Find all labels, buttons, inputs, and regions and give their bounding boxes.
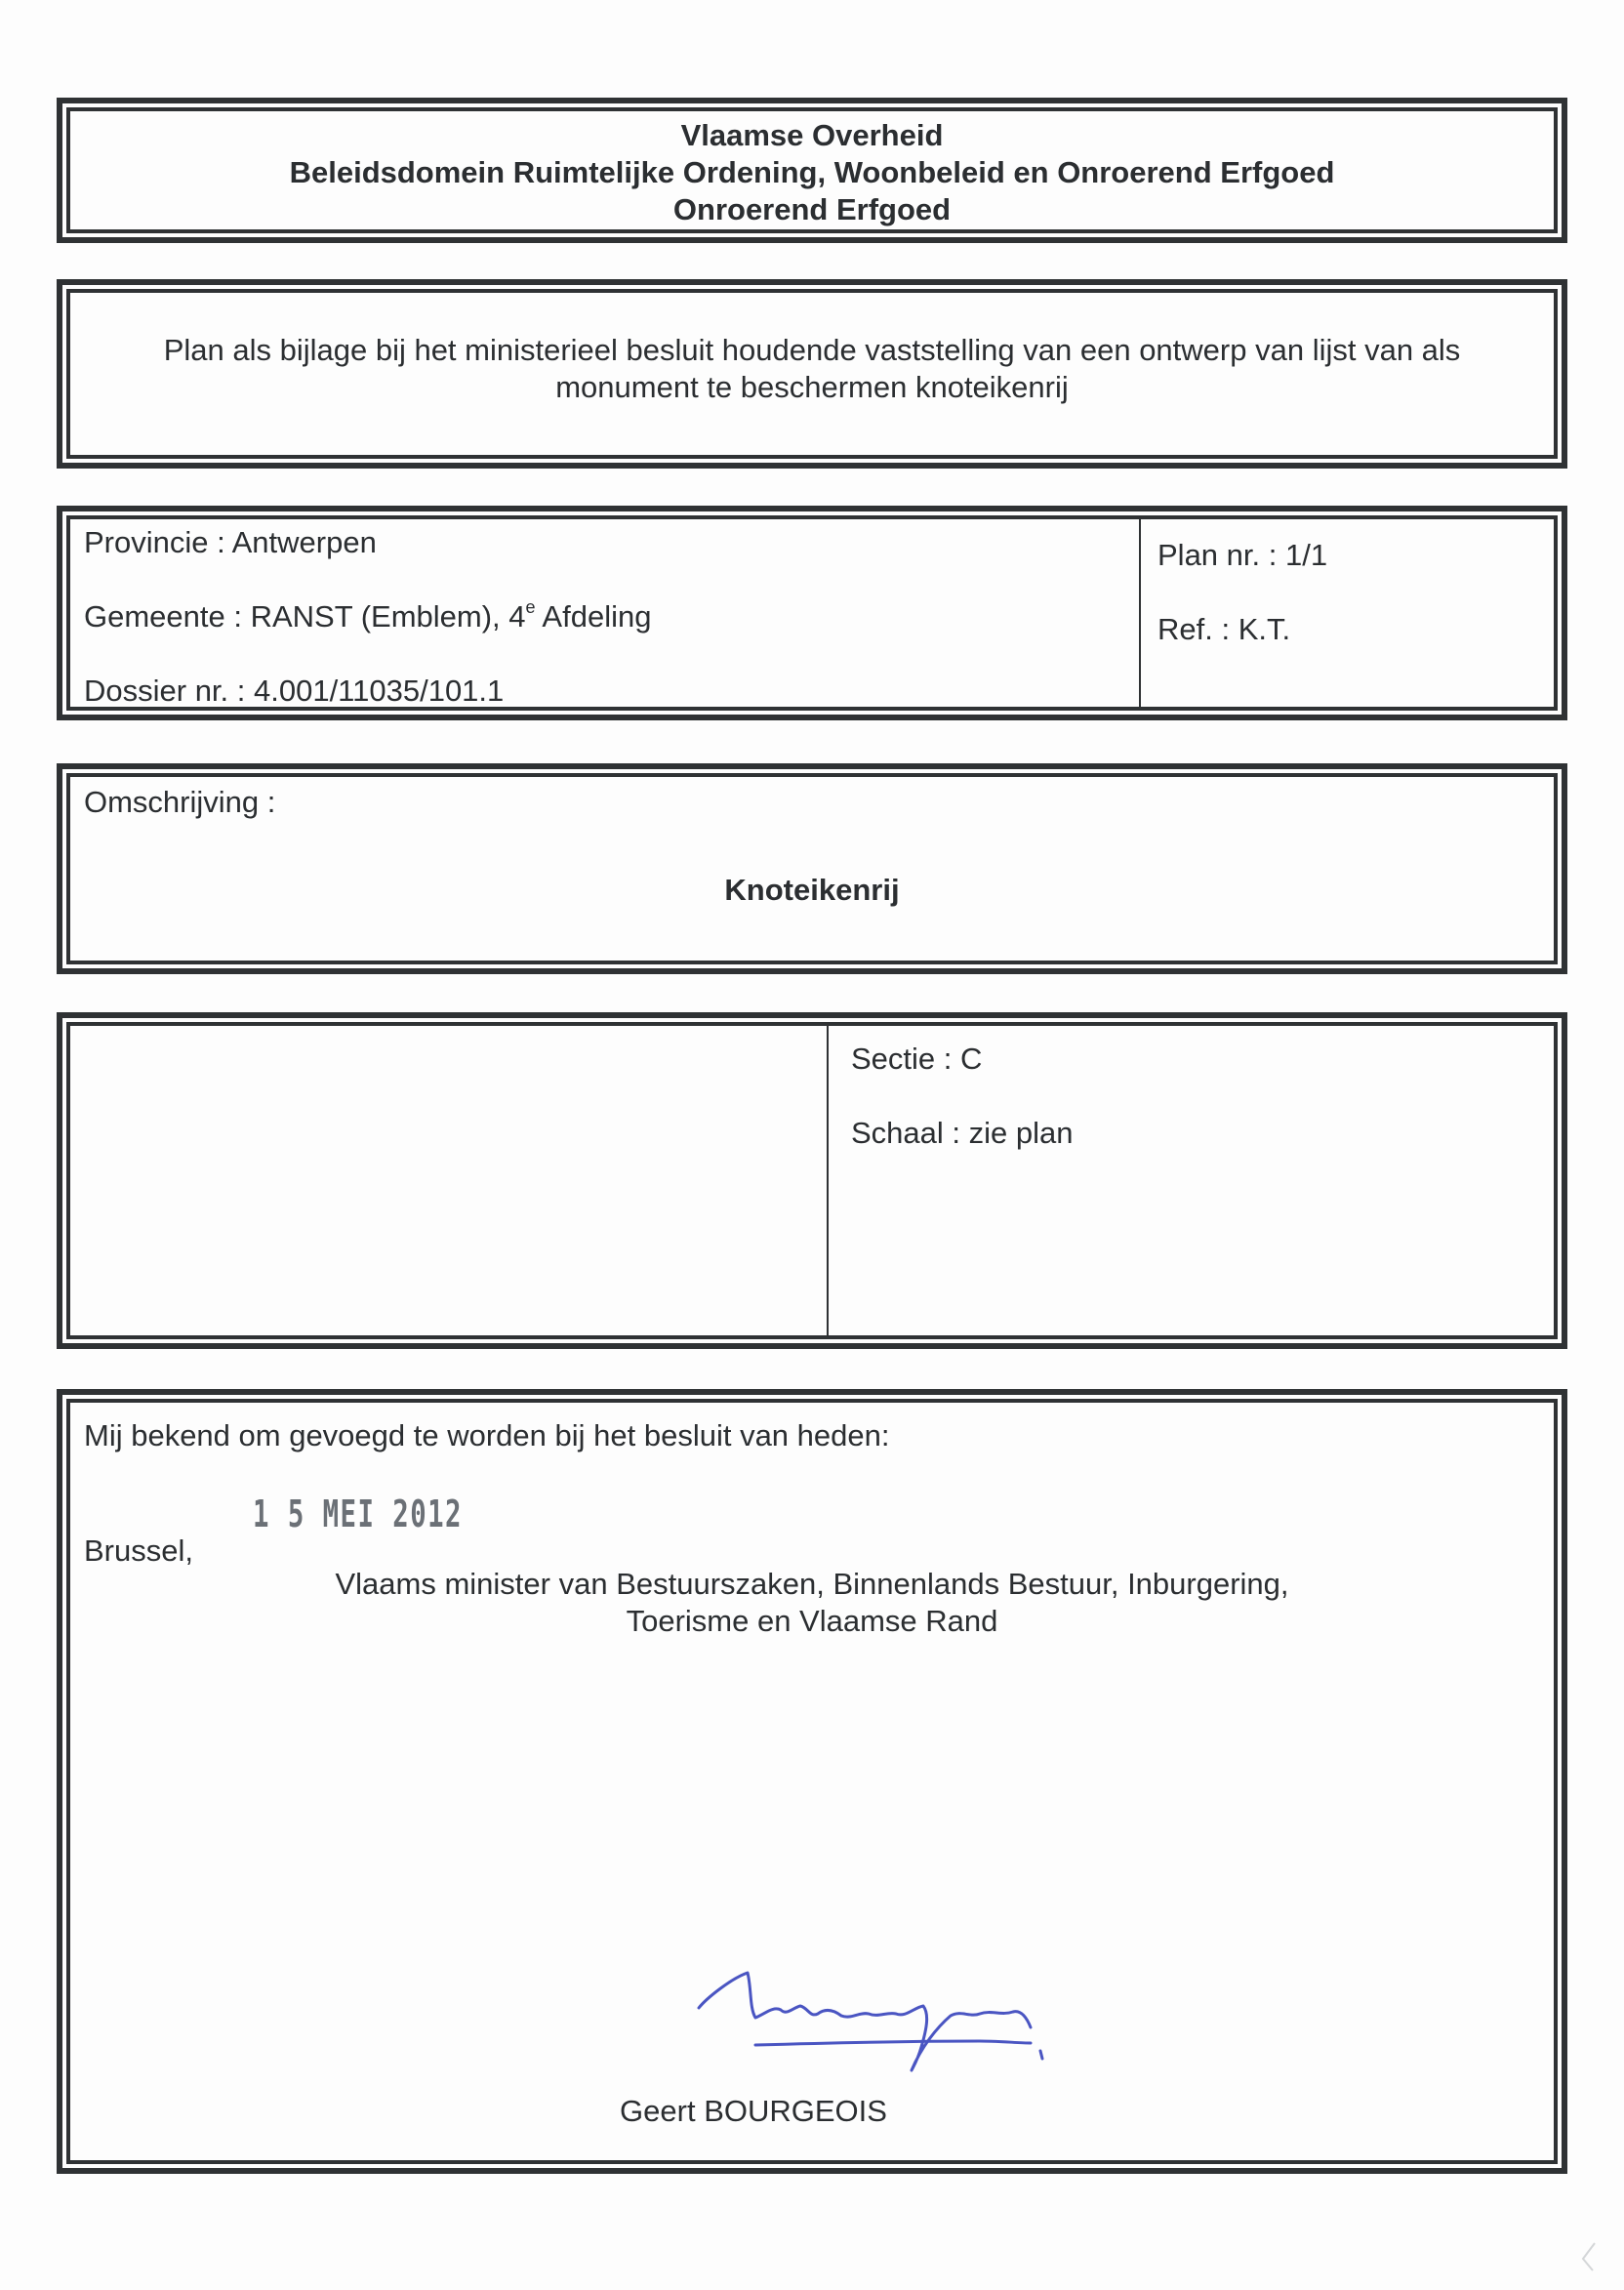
header-agency: Onroerend Erfgoed	[62, 191, 1562, 228]
section-box: Sectie : C Schaal : zie plan	[57, 1012, 1567, 1349]
gemeente-superscript: e	[526, 597, 536, 617]
sectie-field: Sectie : C	[851, 1042, 982, 1077]
approval-box: Mij bekend om gevoegd te worden bij het …	[57, 1389, 1567, 2174]
minister-title-line-2: Toerisme en Vlaamse Rand	[62, 1604, 1562, 1639]
signatory-name: Geert BOURGEOIS	[0, 2094, 1562, 2129]
header-authority: Vlaamse Overheid	[62, 117, 1562, 154]
scan-corner-mark-icon	[1579, 2241, 1603, 2274]
plan-description-line-2: monument te beschermen knoteikenrij	[62, 369, 1562, 406]
description-box: Omschrijving : Knoteikenrij	[57, 763, 1567, 974]
plan-description-line-1: Plan als bijlage bij het ministerieel be…	[62, 332, 1562, 369]
signature-icon	[687, 1969, 1097, 2076]
minister-title-line-1: Vlaams minister van Bestuurszaken, Binne…	[62, 1567, 1562, 1602]
section-divider	[827, 1026, 829, 1335]
approval-statement: Mij bekend om gevoegd te worden bij het …	[84, 1418, 889, 1453]
header-box: Vlaamse Overheid Beleidsdomein Ruimtelij…	[57, 98, 1567, 243]
location-divider	[1139, 519, 1141, 707]
gemeente-suffix: Afdeling	[536, 599, 652, 634]
location-box: Provincie : Antwerpen Gemeente : RANST (…	[57, 506, 1567, 720]
description-label: Omschrijving :	[84, 785, 275, 820]
ref-field: Ref. : K.T.	[1157, 612, 1290, 647]
plan-description-box: Plan als bijlage bij het ministerieel be…	[57, 279, 1567, 469]
provincie-field: Provincie : Antwerpen	[84, 525, 377, 560]
section-box-inner	[66, 1022, 1558, 1339]
gemeente-field: Gemeente : RANST (Emblem), 4e Afdeling	[84, 599, 651, 634]
header-policy-domain: Beleidsdomein Ruimtelijke Ordening, Woon…	[62, 154, 1562, 191]
date-stamp: 1 5 MEI 2012	[253, 1493, 463, 1535]
description-value: Knoteikenrij	[62, 873, 1562, 908]
schaal-field: Schaal : zie plan	[851, 1116, 1073, 1151]
dossier-field: Dossier nr. : 4.001/11035/101.1	[84, 674, 504, 709]
plan-nr-field: Plan nr. : 1/1	[1157, 538, 1327, 573]
description-box-inner	[66, 773, 1558, 964]
gemeente-prefix: Gemeente : RANST (Emblem), 4	[84, 599, 526, 634]
place-field: Brussel,	[84, 1533, 193, 1569]
